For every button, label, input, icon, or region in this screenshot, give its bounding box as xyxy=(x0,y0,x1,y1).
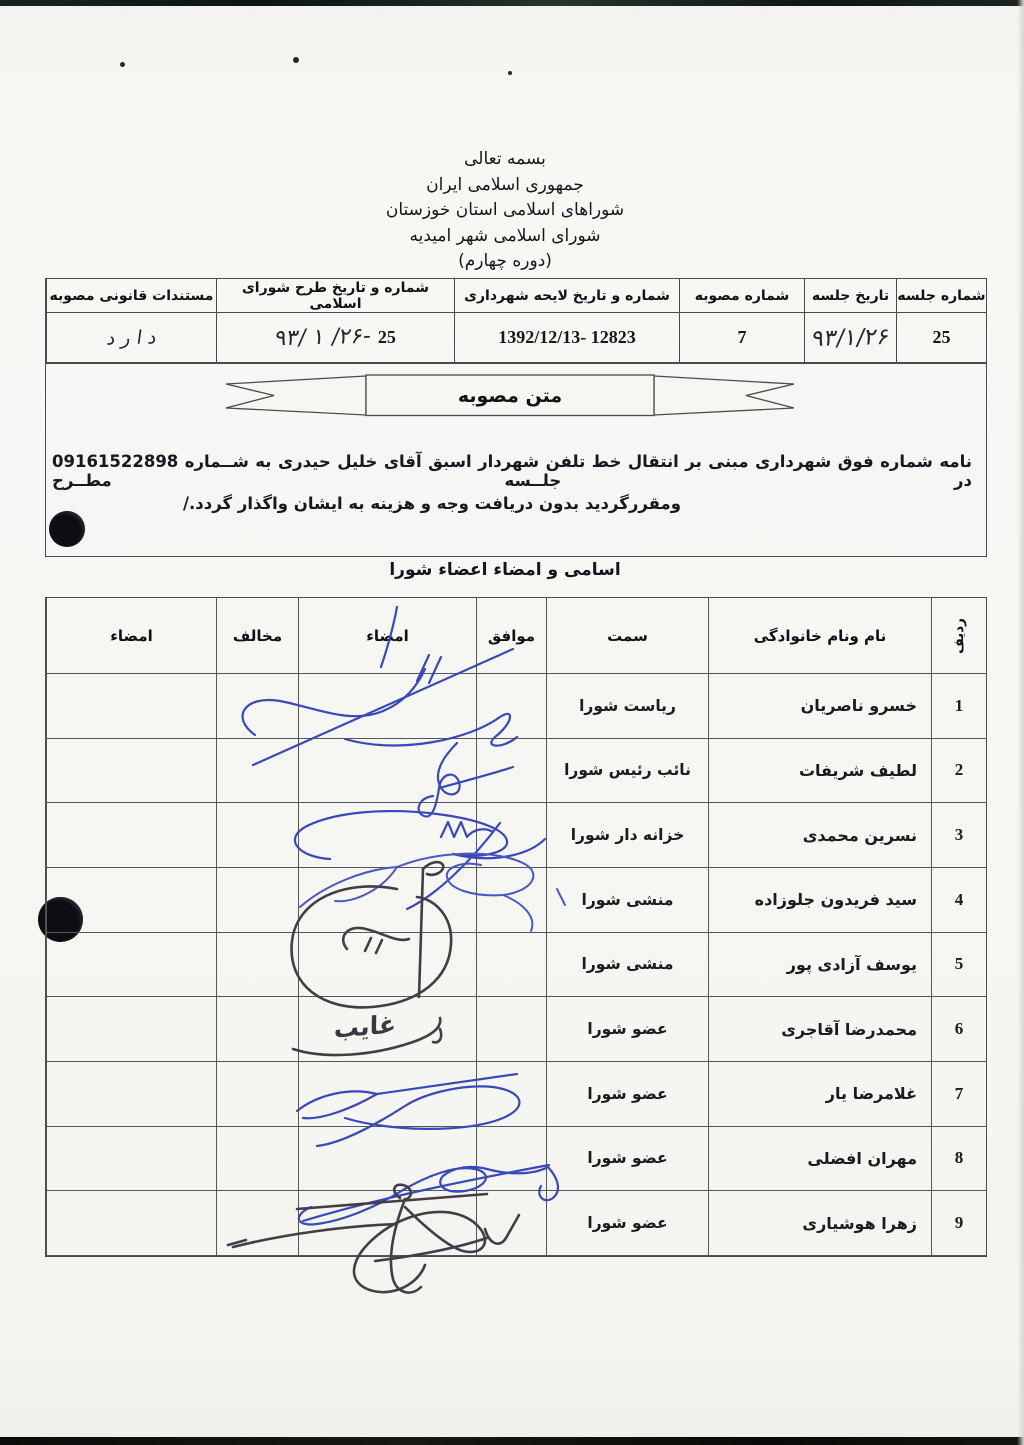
member-oppose-cell xyxy=(216,1062,298,1127)
member-name: یوسف آزادی پور xyxy=(708,933,931,998)
member-signature2-cell xyxy=(46,997,216,1062)
banner-title: متن مصوبه xyxy=(458,385,562,407)
ink-speck xyxy=(120,62,125,67)
meta-header-session-no: شماره جلسه xyxy=(896,279,986,313)
member-row-no: 1 xyxy=(931,674,986,739)
meta-value-municipality-bill: 1392/12/13- 12823 xyxy=(498,327,636,348)
member-position: ریاست شورا xyxy=(546,674,708,739)
members-header-oppose: مخالف xyxy=(216,598,298,674)
member-name: محمدرضا آقاجری xyxy=(708,997,931,1062)
member-agree-cell xyxy=(476,933,546,998)
members-table: ردیف نام ونام خانوادگی سمت موافق امضاء م… xyxy=(45,597,987,1257)
member-row-no: 8 xyxy=(931,1127,986,1192)
member-signature-cell xyxy=(298,739,476,804)
member-signature-cell xyxy=(298,803,476,868)
resolution-banner-ribbon: متن مصوبه xyxy=(218,371,802,419)
member-position: عضو شورا xyxy=(546,997,708,1062)
member-name: سید فریدون جلوزاده xyxy=(708,868,931,933)
member-oppose-cell xyxy=(216,933,298,998)
scan-edge-bottom xyxy=(0,1437,1024,1445)
member-name: لطیف شریفات xyxy=(708,739,931,804)
meta-value-council-plan-date-handwritten: ۹۳/ ۱ /۲۶- xyxy=(273,324,373,352)
members-header-row-no: ردیف xyxy=(931,598,986,674)
member-agree-cell xyxy=(476,997,546,1062)
member-agree-cell xyxy=(476,1062,546,1127)
letterhead-line-province-councils: شوراهای اسلامی استان خوزستان xyxy=(0,198,1010,224)
member-row-no: 2 xyxy=(931,739,986,804)
member-signature2-cell xyxy=(46,1127,216,1192)
member-signature-cell xyxy=(298,868,476,933)
meta-value-council-plan-no: 25 xyxy=(378,327,396,348)
member-signature2-cell xyxy=(46,739,216,804)
member-agree-cell xyxy=(476,674,546,739)
letterhead-line-term: (دوره چهارم) xyxy=(0,249,1010,275)
meta-value-legal-refs-handwritten: د ا ر د xyxy=(105,326,158,349)
letterhead: بسمه تعالی جمهوری اسلامی ایران شوراهای ا… xyxy=(0,147,1010,275)
member-row-no: 4 xyxy=(931,868,986,933)
member-signature-cell xyxy=(298,674,476,739)
member-position: خزانه دار شورا xyxy=(546,803,708,868)
member-oppose-cell xyxy=(216,674,298,739)
member-agree-cell xyxy=(476,868,546,933)
member-name: نسرین محمدی xyxy=(708,803,931,868)
banner-right-wing xyxy=(654,376,794,415)
letterhead-line-republic: جمهوری اسلامی ایران xyxy=(0,173,1010,199)
members-section-title: اسامی و امضاء اعضاء شورا xyxy=(0,560,1010,580)
meta-header-resolution-no: شماره مصوبه xyxy=(679,279,804,313)
member-signature-cell xyxy=(298,1191,476,1256)
members-header-name: نام ونام خانوادگی xyxy=(708,598,931,674)
member-position: منشی شورا xyxy=(546,868,708,933)
scan-edge-top xyxy=(0,0,1024,6)
member-oppose-cell xyxy=(216,868,298,933)
member-signature2-cell xyxy=(46,803,216,868)
member-name: خسرو ناصریان xyxy=(708,674,931,739)
member-agree-cell xyxy=(476,739,546,804)
members-header-signature-left: امضاء xyxy=(46,598,216,674)
member-name: غلامرضا یار xyxy=(708,1062,931,1127)
member-oppose-cell xyxy=(216,803,298,868)
members-header-signature-mid: امضاء xyxy=(298,598,476,674)
member-row-no: 6 xyxy=(931,997,986,1062)
resolution-text-line1: نامه شماره فوق شهرداری مبنی بر انتقال خط… xyxy=(52,452,972,490)
meta-value-session-date-handwritten: ۹۳/۱/۲۶ xyxy=(810,323,891,351)
member-agree-cell xyxy=(476,1191,546,1256)
member-row-no: 3 xyxy=(931,803,986,868)
member-signature-cell xyxy=(298,933,476,998)
members-header-agree: موافق xyxy=(476,598,546,674)
resolution-text-line2: ومقررگردید بدون دریافت وجه و هزینه به ای… xyxy=(52,494,812,513)
member-name: مهران افضلی xyxy=(708,1127,931,1192)
member-row-no: 9 xyxy=(931,1191,986,1256)
meta-value-resolution-no: 7 xyxy=(738,327,747,348)
member-position: عضو شورا xyxy=(546,1191,708,1256)
meta-header-municipality-bill: شماره و تاریخ لایحه شهرداری xyxy=(454,279,679,313)
member-signature-cell xyxy=(298,1127,476,1192)
member-agree-cell xyxy=(476,803,546,868)
meta-header-session-date: تاریخ جلسه xyxy=(804,279,896,313)
meta-header-legal-refs: مستندات قانونی مصوبه xyxy=(46,279,216,313)
member-name: زهرا هوشیاری xyxy=(708,1191,931,1256)
meta-header-council-plan: شماره و تاریخ طرح شورای اسلامی xyxy=(216,279,454,313)
member-position: عضو شورا xyxy=(546,1062,708,1127)
scanned-council-resolution-page: { "document": { "header": { "line1": "بس… xyxy=(0,0,1024,1445)
member-oppose-cell xyxy=(216,997,298,1062)
meta-table: شماره جلسه تاریخ جلسه شماره مصوبه شماره … xyxy=(45,278,987,364)
member-agree-cell xyxy=(476,1127,546,1192)
member-signature2-cell xyxy=(46,868,216,933)
banner-left-wing xyxy=(226,376,366,415)
member-signature2-cell xyxy=(46,674,216,739)
ink-speck xyxy=(508,71,512,75)
member-row-no: 7 xyxy=(931,1062,986,1127)
member-signature2-cell xyxy=(46,933,216,998)
member-row-no: 5 xyxy=(931,933,986,998)
ink-speck xyxy=(293,57,299,63)
member-signature2-cell xyxy=(46,1062,216,1127)
member-position: عضو شورا xyxy=(546,1127,708,1192)
members-header-position: سمت xyxy=(546,598,708,674)
member-signature-cell xyxy=(298,1062,476,1127)
member-signature2-cell xyxy=(46,1191,216,1256)
member-position: نائب رئیس شورا xyxy=(546,739,708,804)
letterhead-line-city-council: شورای اسلامی شهر امیدیه xyxy=(0,224,1010,250)
member-oppose-cell xyxy=(216,739,298,804)
letterhead-line-basmala: بسمه تعالی xyxy=(0,147,1010,173)
member-position: منشی شورا xyxy=(546,933,708,998)
scan-edge-right xyxy=(1017,0,1024,1445)
member-oppose-cell xyxy=(216,1127,298,1192)
member-oppose-cell xyxy=(216,1191,298,1256)
meta-value-session-no: 25 xyxy=(933,327,951,348)
